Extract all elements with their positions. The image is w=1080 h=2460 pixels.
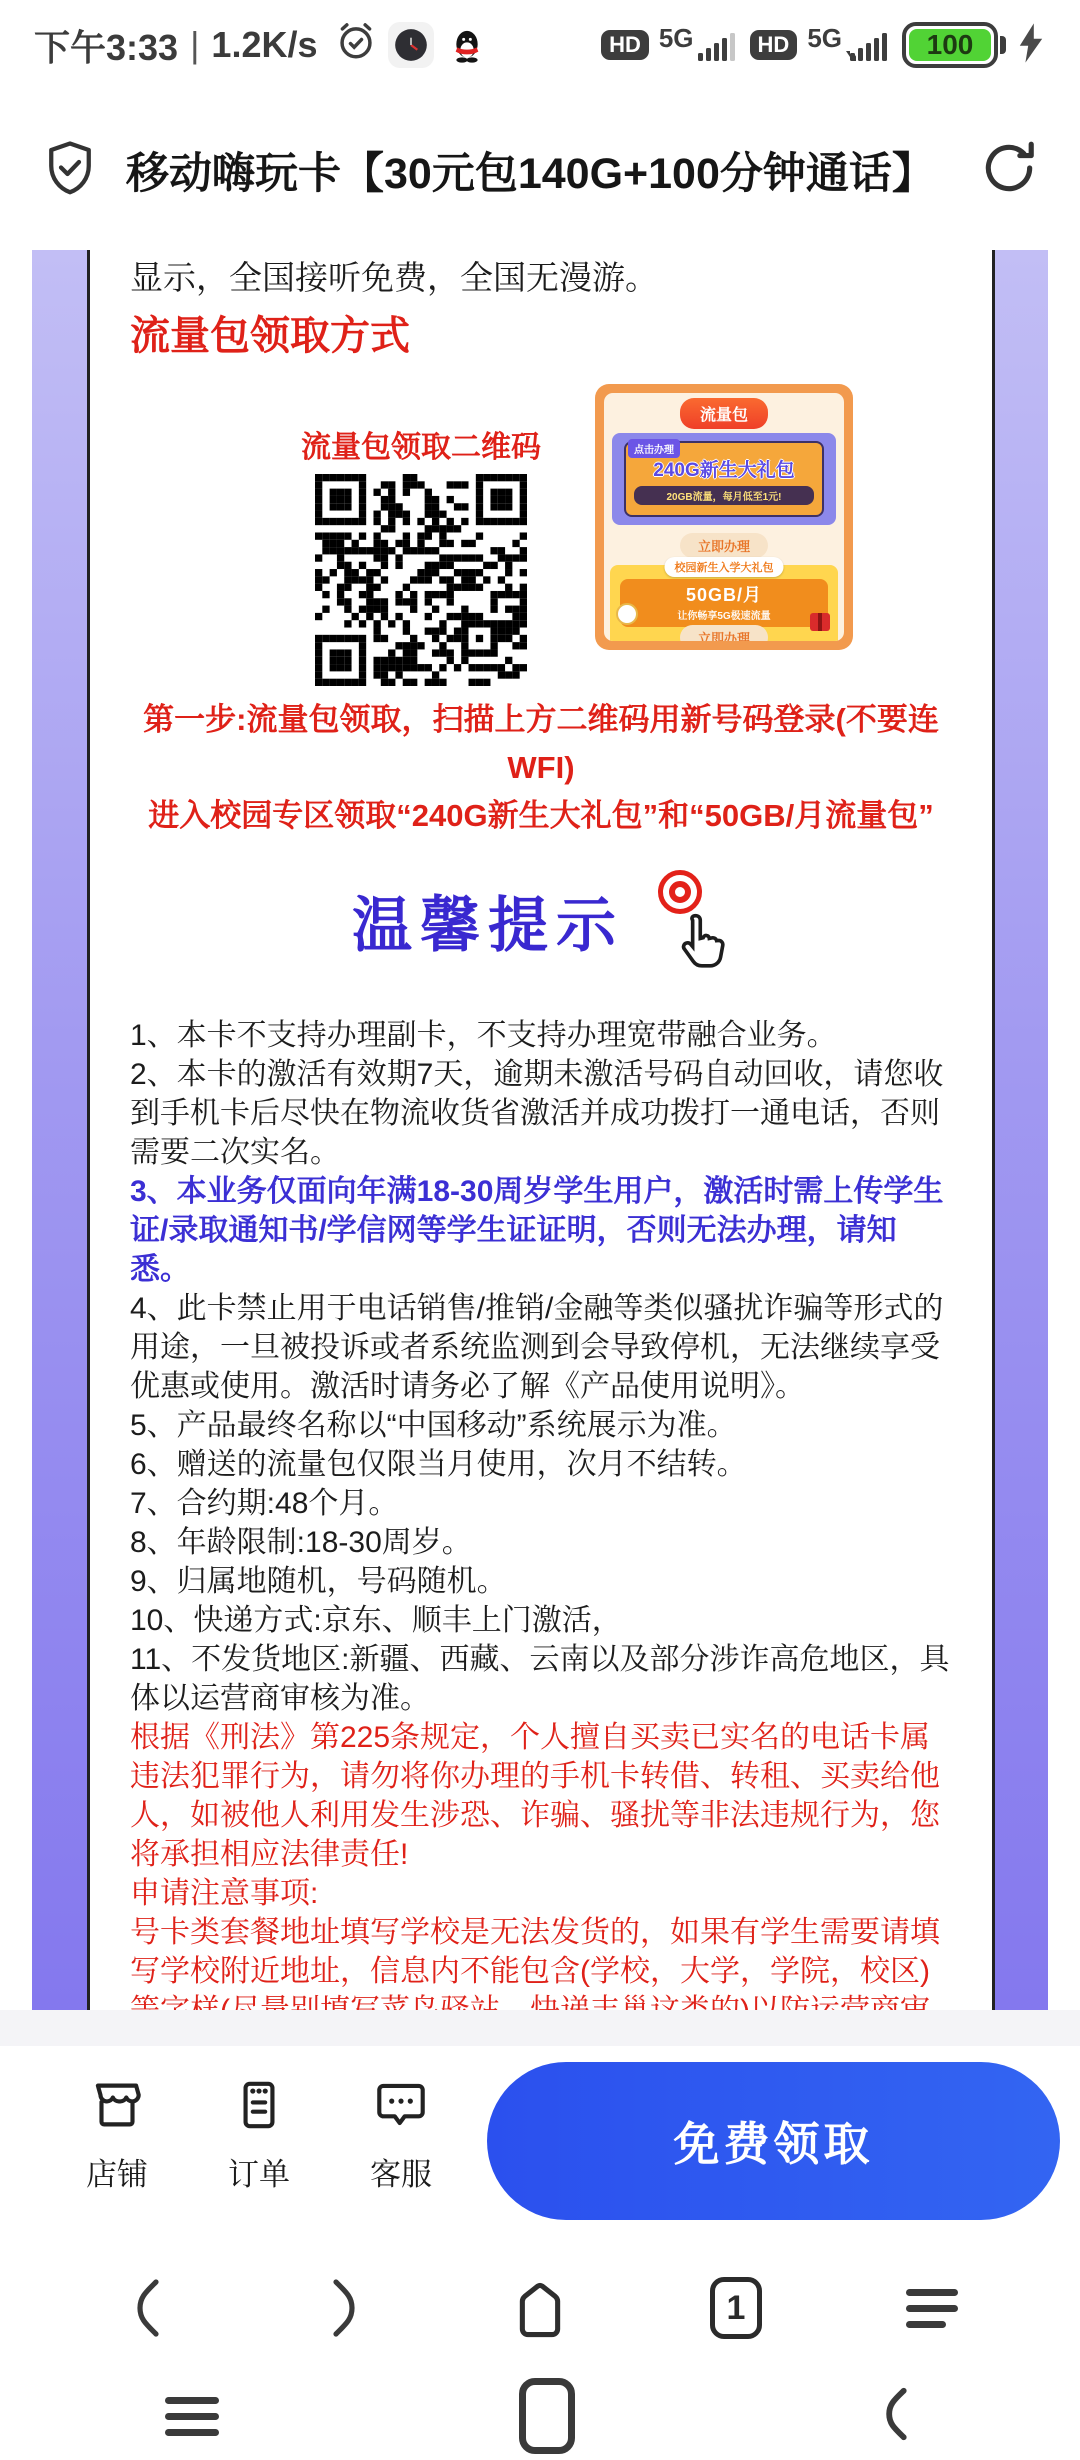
promo-ribbon: 流量包 [680, 398, 768, 429]
storefront-icon [86, 2074, 148, 2141]
term-item: 3、本业务仅面向年满18-30周岁学生用户，激活时需上传学生证/录取通知书/学信… [130, 1172, 952, 1289]
bottom-action-bar: 店铺 订单 客服 免费领取 [0, 2046, 1080, 2256]
intro-text: 显示，全国接听免费，全国无漫游。 [130, 256, 952, 300]
term-item: 5、产品最终名称以“中国移动”系统展示为准。 [130, 1406, 952, 1445]
term-item: 9、归属地随机，号码随机。 [130, 1562, 952, 1601]
qr-row: 流量包领取二维码 流量包 点击办理 240G新生大礼包 20GB流量，每月低至1 [130, 422, 952, 686]
term-item: 8、年龄限制:18-30周岁。 [130, 1523, 952, 1562]
battery-indicator: 100 [902, 22, 1006, 68]
browser-tabs-button[interactable]: 1 [696, 2268, 776, 2348]
section-heading: 流量包领取方式 [130, 310, 952, 362]
signal-icon-1: 5G [659, 25, 740, 65]
shop-label: 店铺 [86, 2149, 148, 2194]
hd-badge-1: HD [601, 30, 649, 60]
step-line-1: 第一步:流量包领取，扫描上方二维码用新号码登录(不要连WFI) [130, 696, 952, 792]
shop-button[interactable]: 店铺 [62, 2074, 172, 2194]
browser-title-bar: 移动嗨玩卡【30元包140G+100分钟通话】 [0, 90, 1080, 250]
shield-check-icon [40, 138, 100, 203]
recents-button[interactable] [165, 2388, 219, 2445]
battery-level: 100 [927, 29, 974, 61]
promo-cta-1: 立即办理 [680, 533, 768, 558]
clock-app-icon [388, 22, 434, 68]
promo-card2-ribbon: 校园新生入学大礼包 [665, 557, 784, 577]
browser-menu-button[interactable] [892, 2268, 972, 2348]
apply-notes-title: 申请注意事项: [130, 1874, 952, 1913]
step-line-2: 进入校园专区领取“240G新生大礼包”和“50GB/月流量包” [130, 792, 952, 840]
promo-card2-title: 50GB/月 [620, 581, 828, 607]
term-item: 10、快递方式:京东、顺丰上门激活， [130, 1601, 952, 1640]
qr-code [315, 474, 527, 686]
term-item: 1、本卡不支持办理副卡，不支持办理宽带融合业务。 [130, 1016, 952, 1055]
system-nav-bar [0, 2372, 1080, 2460]
tab-count: 1 [710, 2277, 762, 2339]
promo-card2-subtitle: 让你畅享5G极速流量 [620, 607, 828, 622]
tips-row: 温馨提示 [130, 870, 952, 970]
refresh-icon[interactable] [978, 137, 1040, 204]
alarm-icon [334, 19, 378, 72]
status-bar: 下午3:33 | 1.2K/s HD 5G HD 5G [0, 0, 1080, 90]
claim-button[interactable]: 免费领取 [487, 2062, 1060, 2220]
phone-screen: 下午3:33 | 1.2K/s HD 5G HD 5G [0, 0, 1080, 2460]
order-list-icon [228, 2074, 290, 2141]
back-button[interactable] [875, 2383, 915, 2450]
term-item: 6、赠送的流量包仅限当月使用，次月不结转。 [130, 1445, 952, 1484]
webpage-content: 显示，全国接听免费，全国无漫游。 流量包领取方式 流量包领取二维码 流量包 [0, 250, 1080, 2010]
term-item: 2、本卡的激活有效期7天，逾期未激活号码自动回收，请您收到手机卡后尽快在物流收货… [130, 1055, 952, 1172]
charging-bolt-icon [1016, 22, 1046, 69]
step-instructions: 第一步:流量包领取，扫描上方二维码用新号码登录(不要连WFI) 进入校园专区领取… [130, 696, 952, 840]
term-item: 4、此卡禁止用于电话销售/推销/金融等类似骚扰诈骗等形式的用途，一旦被投诉或者系… [130, 1289, 952, 1406]
promo-card1-subtitle: 20GB流量，每月低至1元! [634, 486, 814, 505]
terms-list: 1、本卡不支持办理副卡，不支持办理宽带融合业务。2、本卡的激活有效期7天，逾期未… [130, 1016, 952, 1718]
qq-icon [444, 22, 490, 68]
legal-notice: 根据《刑法》第225条规定，个人擅自买卖已实名的电话卡属违法犯罪行为，请勿将你办… [130, 1718, 952, 1874]
status-separator: | [190, 24, 199, 66]
divider-band [0, 2010, 1080, 2046]
promo-cta-2: 立即办理 [680, 625, 768, 641]
customer-service-button[interactable]: 客服 [346, 2074, 456, 2194]
browser-back-button[interactable] [108, 2268, 188, 2348]
signal-icon-2: 5G [807, 25, 892, 65]
chat-bubble-icon [370, 2074, 432, 2141]
promo-badge: 点击办理 [628, 439, 680, 458]
promo-image: 流量包 点击办理 240G新生大礼包 20GB流量，每月低至1元! 立即办理 [595, 384, 853, 650]
orders-label: 订单 [228, 2149, 290, 2194]
panda-mascot-icon [616, 603, 638, 625]
qr-label: 流量包领取二维码 [301, 422, 541, 466]
qr-block: 流量包领取二维码 [313, 422, 529, 686]
browser-nav-bar: 1 [0, 2256, 1080, 2360]
page-title: 移动嗨玩卡【30元包140G+100分钟通话】 [126, 140, 978, 201]
hd-badge-2: HD [750, 30, 798, 60]
content-card: 显示，全国接听免费，全国无漫游。 流量包领取方式 流量包领取二维码 流量包 [87, 250, 995, 2145]
promo-card-1: 点击办理 240G新生大礼包 20GB流量，每月低至1元! [612, 433, 836, 525]
network-speed: 1.2K/s [211, 24, 317, 66]
tips-heading: 温馨提示 [352, 878, 624, 964]
home-button[interactable] [519, 2378, 575, 2454]
clock-time: 下午3:33 [34, 20, 178, 71]
orders-button[interactable]: 订单 [204, 2074, 314, 2194]
tap-cursor-icon [640, 870, 730, 974]
browser-home-button[interactable] [500, 2268, 580, 2348]
purple-background: 显示，全国接听免费，全国无漫游。 流量包领取方式 流量包领取二维码 流量包 [32, 250, 1048, 2010]
gift-icon [810, 613, 830, 631]
promo-card1-title: 240G新生大礼包 [626, 455, 822, 482]
browser-forward-button[interactable] [304, 2268, 384, 2348]
term-item: 7、合约期:48个月。 [130, 1484, 952, 1523]
service-label: 客服 [370, 2149, 432, 2194]
promo-card-2: 校园新生入学大礼包 50GB/月 让你畅享5G极速流量 立即办理 [610, 565, 838, 641]
term-item: 11、不发货地区:新疆、西藏、云南以及部分涉诈高危地区，具体以运营商审核为准。 [130, 1640, 952, 1718]
